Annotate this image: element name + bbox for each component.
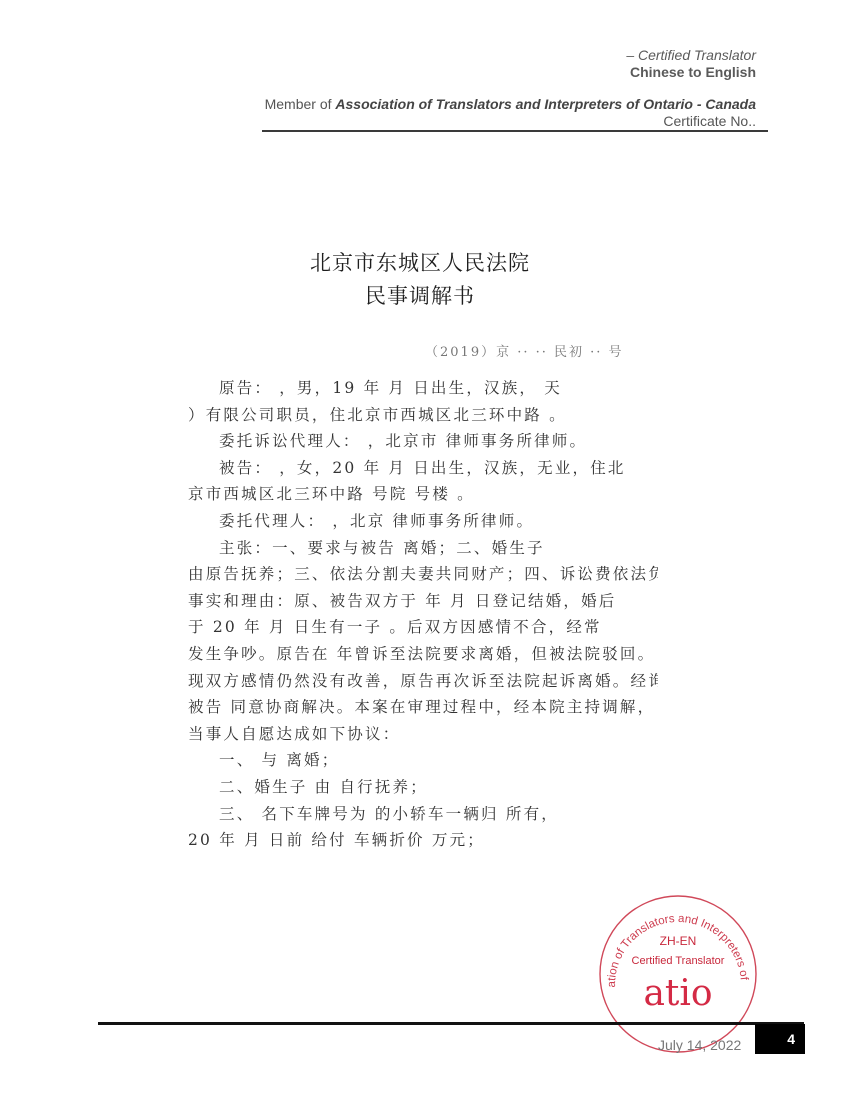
case-number: （2019）京 ·· ·· 民初 ·· 号 [425,341,624,360]
paragraph-line: 被告： ，女，20 年 月 日出生，汉族，无业，住北 [188,455,658,482]
paragraph-line: 京市西城区北三环中路 号院 号楼 。 [188,481,658,508]
document-body: 原告： ，男，19 年 月 日出生，汉族， 天 ）有限公司职员，住北京市西城区北… [188,375,658,854]
paragraph-line: 主张：一、要求与被告 离婚；二、婚生子 [188,535,658,562]
language-pair: Chinese to English [630,64,756,80]
court-name: 北京市东城区人民法院 [0,247,850,277]
footer-date: July 14, 2022 [658,1037,741,1053]
document-type: 民事调解书 [0,280,850,310]
footer-divider [98,1022,804,1025]
certificate-number: Certificate No.. [663,113,756,129]
member-prefix: Member of [265,96,336,112]
paragraph-line: 委托诉讼代理人： ，北京市 律师事务所律师。 [188,428,658,455]
paragraph-line: 二、婚生子 由 自行抚养； [188,774,658,801]
translator-role: – Certified Translator [626,47,756,63]
paragraph-line: 原告： ，男，19 年 月 日出生，汉族， 天 [188,375,658,402]
header-divider [262,130,768,132]
paragraph-line: 当事人自愿达成如下协议： [188,721,658,748]
redacted-translator-name [566,48,622,60]
paragraph-line: 现双方感情仍然没有改善，原告再次诉至法院起诉离婚。经询， [188,668,658,695]
paragraph-line: 委托代理人： ，北京 律师事务所律师。 [188,508,658,535]
seal-certified-translator: Certified Translator [632,955,725,967]
paragraph-line: 被告 同意协商解决。本案在审理过程中，经本院主持调解， [188,694,658,721]
paragraph-line: 于 20 年 月 日生有一子 。后双方因感情不合，经常 [188,614,658,641]
translator-title: – Certified Translator [566,47,756,63]
paragraph-line: 事实和理由：原、被告双方于 年 月 日登记结婚，婚后 [188,588,658,615]
page-number-box: 4 [755,1024,805,1054]
paragraph-line: 20 年 月 日前 给付 车辆折价 万元； [188,827,658,854]
translator-seal-stamp: Association of Translators and Interpret… [597,893,759,1055]
atio-logo-icon: atio [643,973,712,1014]
membership-line: Member of Association of Translators and… [265,96,756,112]
page-number: 4 [787,1031,795,1047]
paragraph-line: 三、 名下车牌号为 的小轿车一辆归 所有， [188,801,658,828]
seal-language-pair: ZH-EN [660,934,697,948]
paragraph-line: ）有限公司职员，住北京市西城区北三环中路 。 [188,402,658,429]
paragraph-line: 由原告抚养；三、依法分割夫妻共同财产；四、诉讼费依法负担。 [188,561,658,588]
member-organization: Association of Translators and Interpret… [335,96,756,112]
paragraph-line: 发生争吵。原告在 年曾诉至法院要求离婚，但被法院驳回。 [188,641,658,668]
paragraph-line: 一、 与 离婚； [188,747,658,774]
